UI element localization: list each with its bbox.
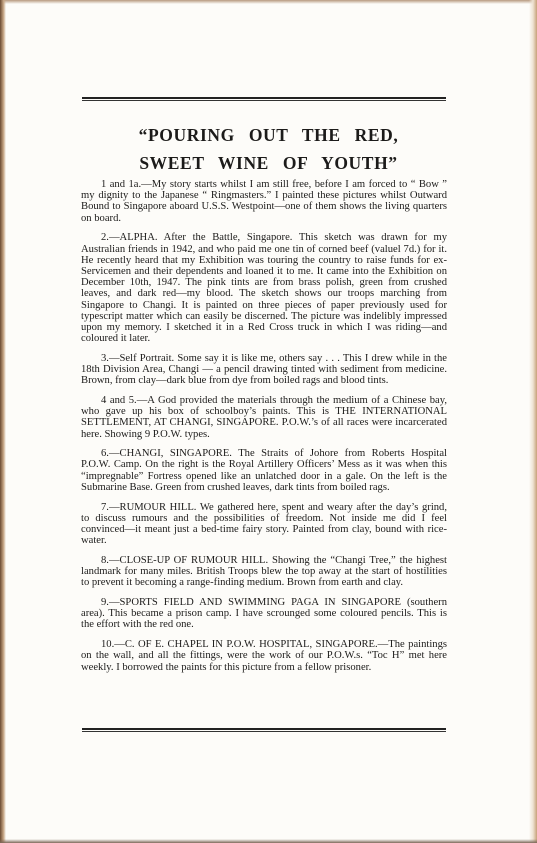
entry-9-sports-field: 9.—SPORTS FIELD AND SWIMMING PAGA IN SIN… [81,597,447,631]
catalogue-entries: 1 and 1a.—My story starts whilst I am st… [81,179,447,681]
page-edge-bottom [0,839,537,843]
entry-10-chapel: 10.—C. OF E. CHAPEL IN P.O.W. HOSPITAL, … [81,639,447,673]
title-line-2: SWEET WINE OF YOUTH” [0,149,537,177]
title-line-1: “POURING OUT THE RED, [0,121,537,149]
rule-thin-line [82,731,446,732]
page-edge-top [0,0,537,4]
rule-thick-line [82,728,446,730]
entry-8-close-up-rumour-hill: 8.—CLOSE-UP OF RUMOUR HILL. Showing the … [81,555,447,589]
rule-thick-line [82,97,446,99]
bottom-double-rule [82,728,446,732]
entry-2-alpha: 2.—ALPHA. After the Battle, Singapore. T… [81,232,447,344]
entry-7-rumour-hill: 7.—RUMOUR HILL. We gathered here, spent … [81,502,447,547]
entry-6-changi-singapore: 6.—CHANGI, SINGAPORE. The Straits of Joh… [81,448,447,493]
page-title: “POURING OUT THE RED, SWEET WINE OF YOUT… [0,121,537,177]
entry-3-self-portrait: 3.—Self Portrait. Some say it is like me… [81,353,447,387]
entry-1-and-1a: 1 and 1a.—My story starts whilst I am st… [81,179,447,224]
top-double-rule [82,97,446,101]
entry-4-and-5-international-settlement: 4 and 5.—A God provided the materials th… [81,395,447,440]
rule-thin-line [82,100,446,101]
